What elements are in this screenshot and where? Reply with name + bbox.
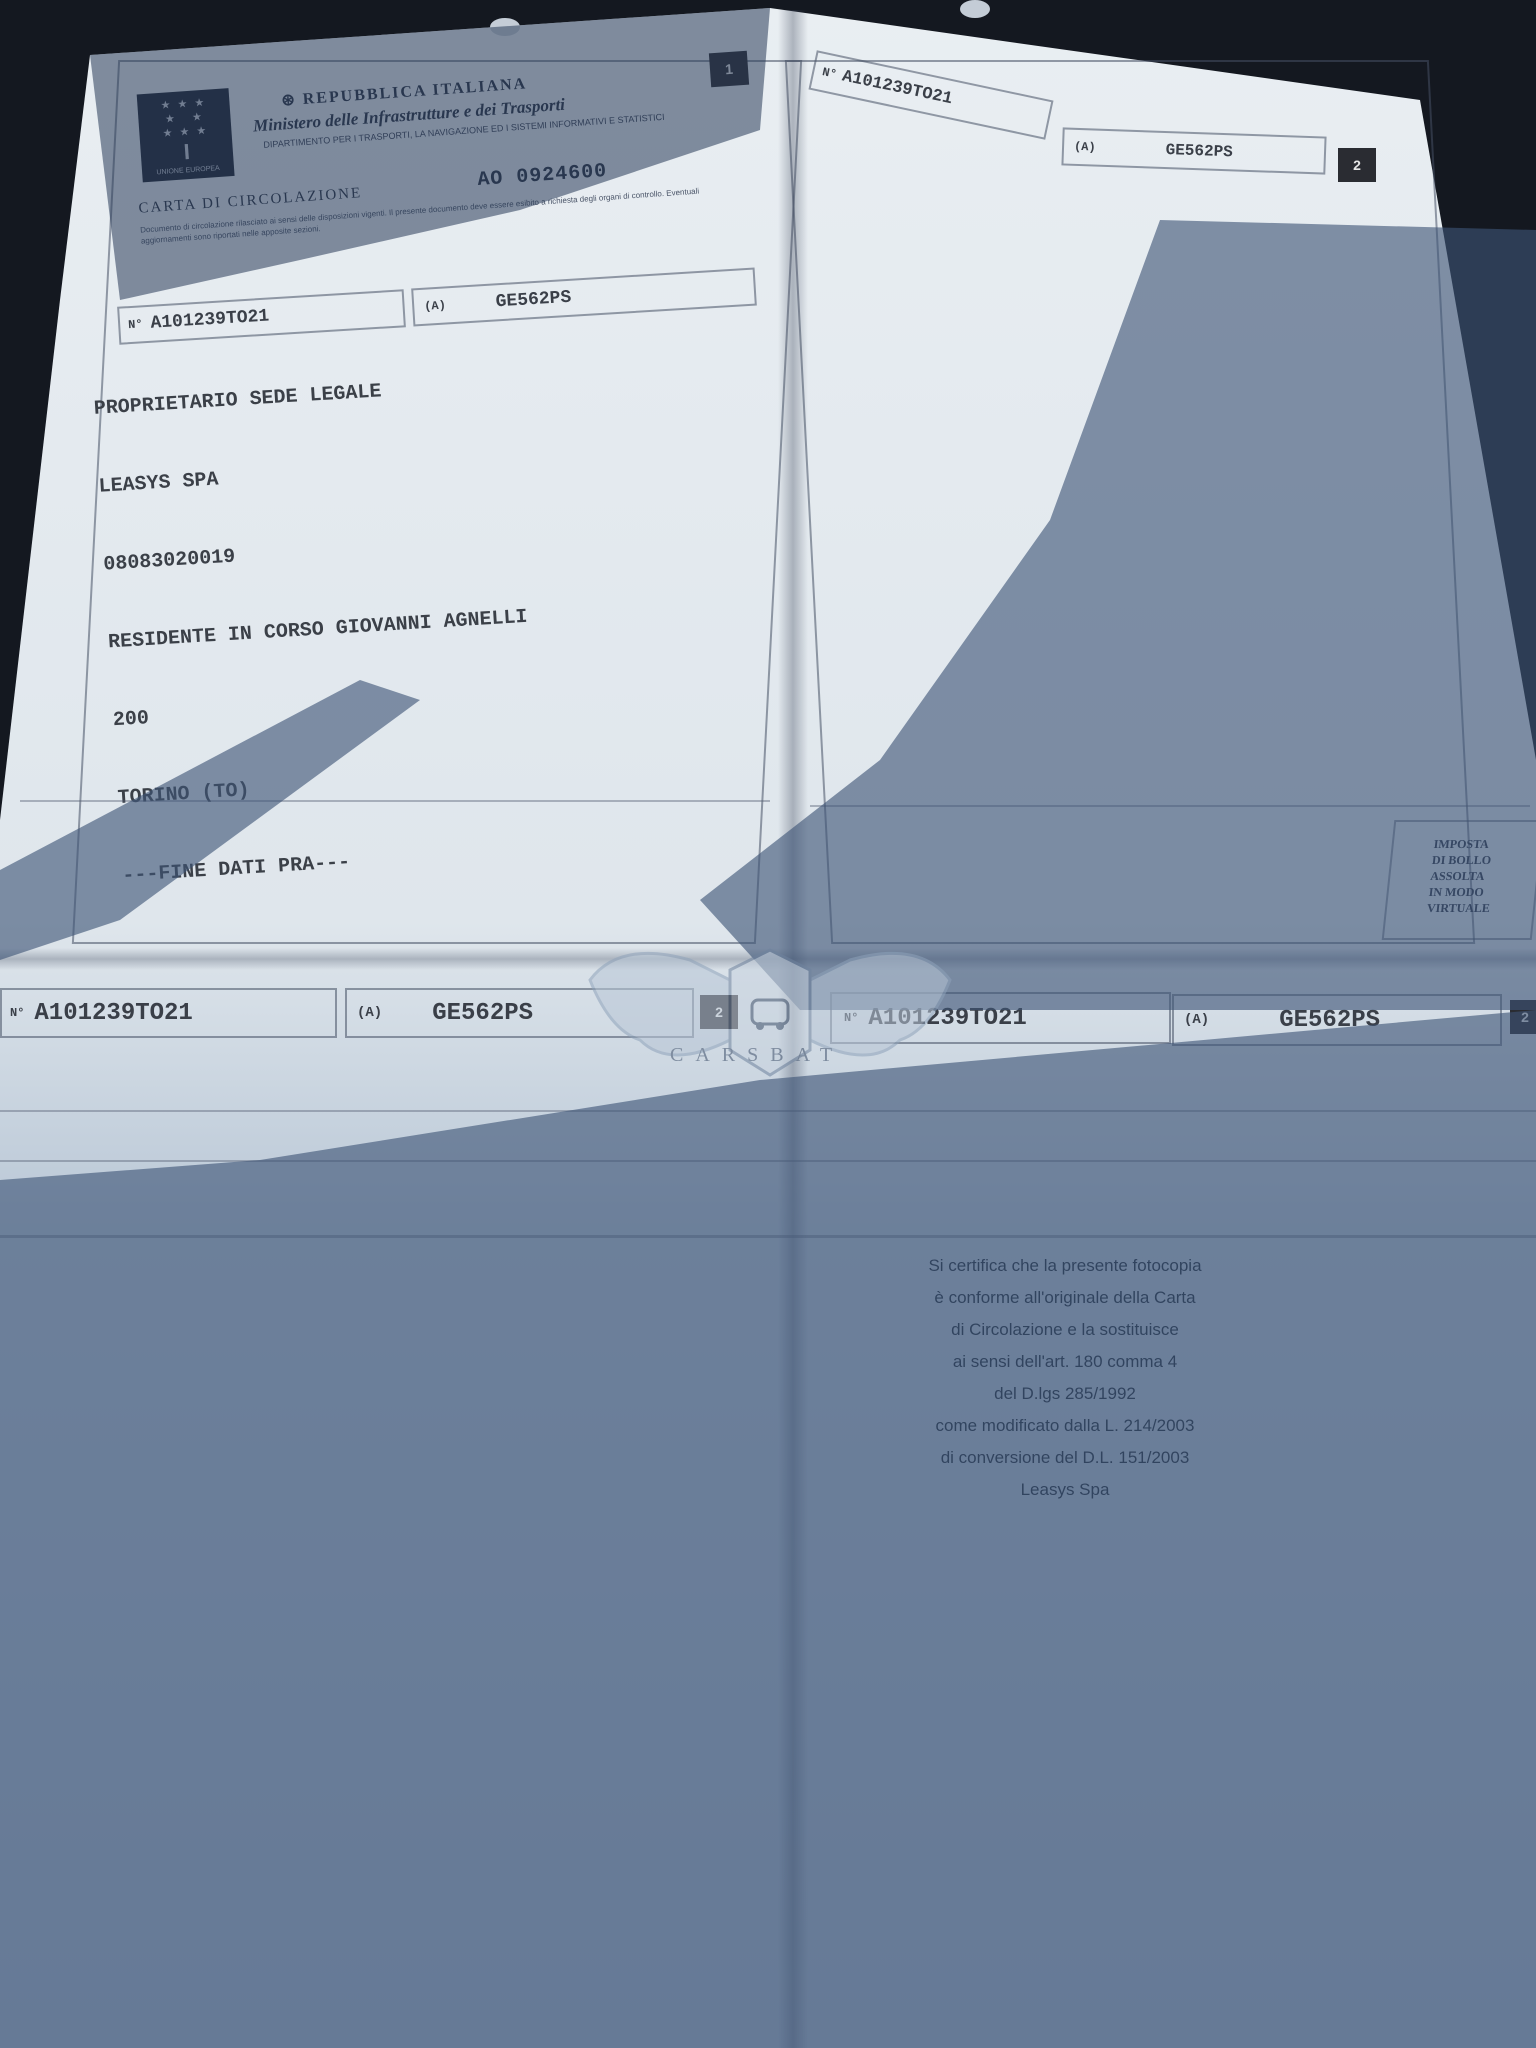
- watermark-text: CARSBAT: [670, 1044, 844, 1067]
- cert-line: del D.lgs 285/1992: [845, 1378, 1285, 1410]
- certification-text: Si certifica che la presente fotocopia è…: [845, 1250, 1285, 1506]
- ruled-line: [810, 805, 1530, 807]
- cert-line: è conforme all'originale della Carta: [845, 1282, 1285, 1314]
- registration-number-label: N°: [128, 317, 143, 332]
- watermark-logo: CARSBAT: [580, 940, 960, 1090]
- ruled-line: [20, 800, 770, 802]
- cert-line: di conversione del D.L. 151/2003: [845, 1442, 1285, 1474]
- plate-label: (A): [1184, 1012, 1209, 1028]
- owner-line: RESIDENTE IN CORSO GIOVANNI AGNELLI: [107, 605, 528, 657]
- registration-number: A101239TO21: [150, 307, 270, 334]
- eu-flag-icon: ★ ★ ★★ ★★ ★ ★ I UNIONE EUROPEA: [137, 88, 235, 182]
- cert-line: come modificato dalla L. 214/2003: [845, 1410, 1285, 1442]
- owner-data: PROPRIETARIO SEDE LEGALE LEASYS SPA 0808…: [90, 319, 544, 916]
- registration-number: A101239TO21: [34, 1000, 192, 1027]
- owner-line: 08083020019: [103, 527, 524, 579]
- cert-line: di Circolazione e la sostituisce: [845, 1314, 1285, 1346]
- eu-caption: UNIONE EUROPEA: [156, 164, 220, 175]
- stamp-line: ASSOLTA: [1430, 868, 1536, 884]
- owner-line: LEASYS SPA: [98, 449, 519, 501]
- plate-label: (A): [1074, 140, 1096, 155]
- emblem-icon: ⊛: [281, 91, 304, 109]
- stamp-line: VIRTUALE: [1426, 900, 1534, 916]
- owner-line: 200: [112, 683, 533, 735]
- plate-label: (A): [424, 298, 446, 313]
- owner-line: TORINO (TO): [117, 761, 538, 813]
- stamp-duty-box: IMPOSTA DI BOLLO ASSOLTA IN MODO VIRTUAL…: [1382, 820, 1536, 940]
- plate-box-lower-right: (A) GE562PS: [1172, 994, 1502, 1046]
- cert-line: Si certifica che la presente fotocopia: [845, 1250, 1285, 1282]
- stamp-line: DI BOLLO: [1431, 852, 1536, 868]
- owner-line: ---FINE DATI PRA---: [122, 838, 543, 890]
- plate-label: (A): [357, 1005, 382, 1021]
- owner-line: PROPRIETARIO SEDE LEGALE: [93, 371, 514, 423]
- binder-hole: [490, 18, 520, 36]
- stamp-line: IN MODO: [1428, 884, 1536, 900]
- eu-stars-icon: ★ ★ ★★ ★★ ★ ★: [160, 95, 209, 140]
- binder-hole: [960, 0, 990, 18]
- bat-car-icon: [580, 940, 960, 1090]
- registration-number-box-lower-left: N° A101239TO21: [0, 988, 337, 1038]
- plate-number: GE562PS: [1165, 141, 1233, 161]
- ruled-line: [0, 1160, 1536, 1162]
- plate-number: GE562PS: [495, 288, 572, 313]
- page-badge-4: 2: [1510, 1000, 1536, 1034]
- country-letter: I: [183, 139, 191, 165]
- stamp-line: IMPOSTA: [1433, 836, 1536, 852]
- ruled-line: [0, 1110, 1536, 1112]
- registration-number-label: N°: [821, 65, 838, 82]
- cert-line: ai sensi dell'art. 180 comma 4: [845, 1346, 1285, 1378]
- plate-number: GE562PS: [432, 1000, 533, 1027]
- page-2-frame: [785, 60, 1475, 944]
- cert-line: Leasys Spa: [845, 1474, 1285, 1506]
- page-badge-1: 1: [709, 51, 749, 88]
- registration-number-label: N°: [10, 1006, 24, 1020]
- page-badge-2: 2: [1338, 148, 1376, 182]
- ruled-line: [0, 1235, 1536, 1238]
- plate-number: GE562PS: [1279, 1007, 1380, 1034]
